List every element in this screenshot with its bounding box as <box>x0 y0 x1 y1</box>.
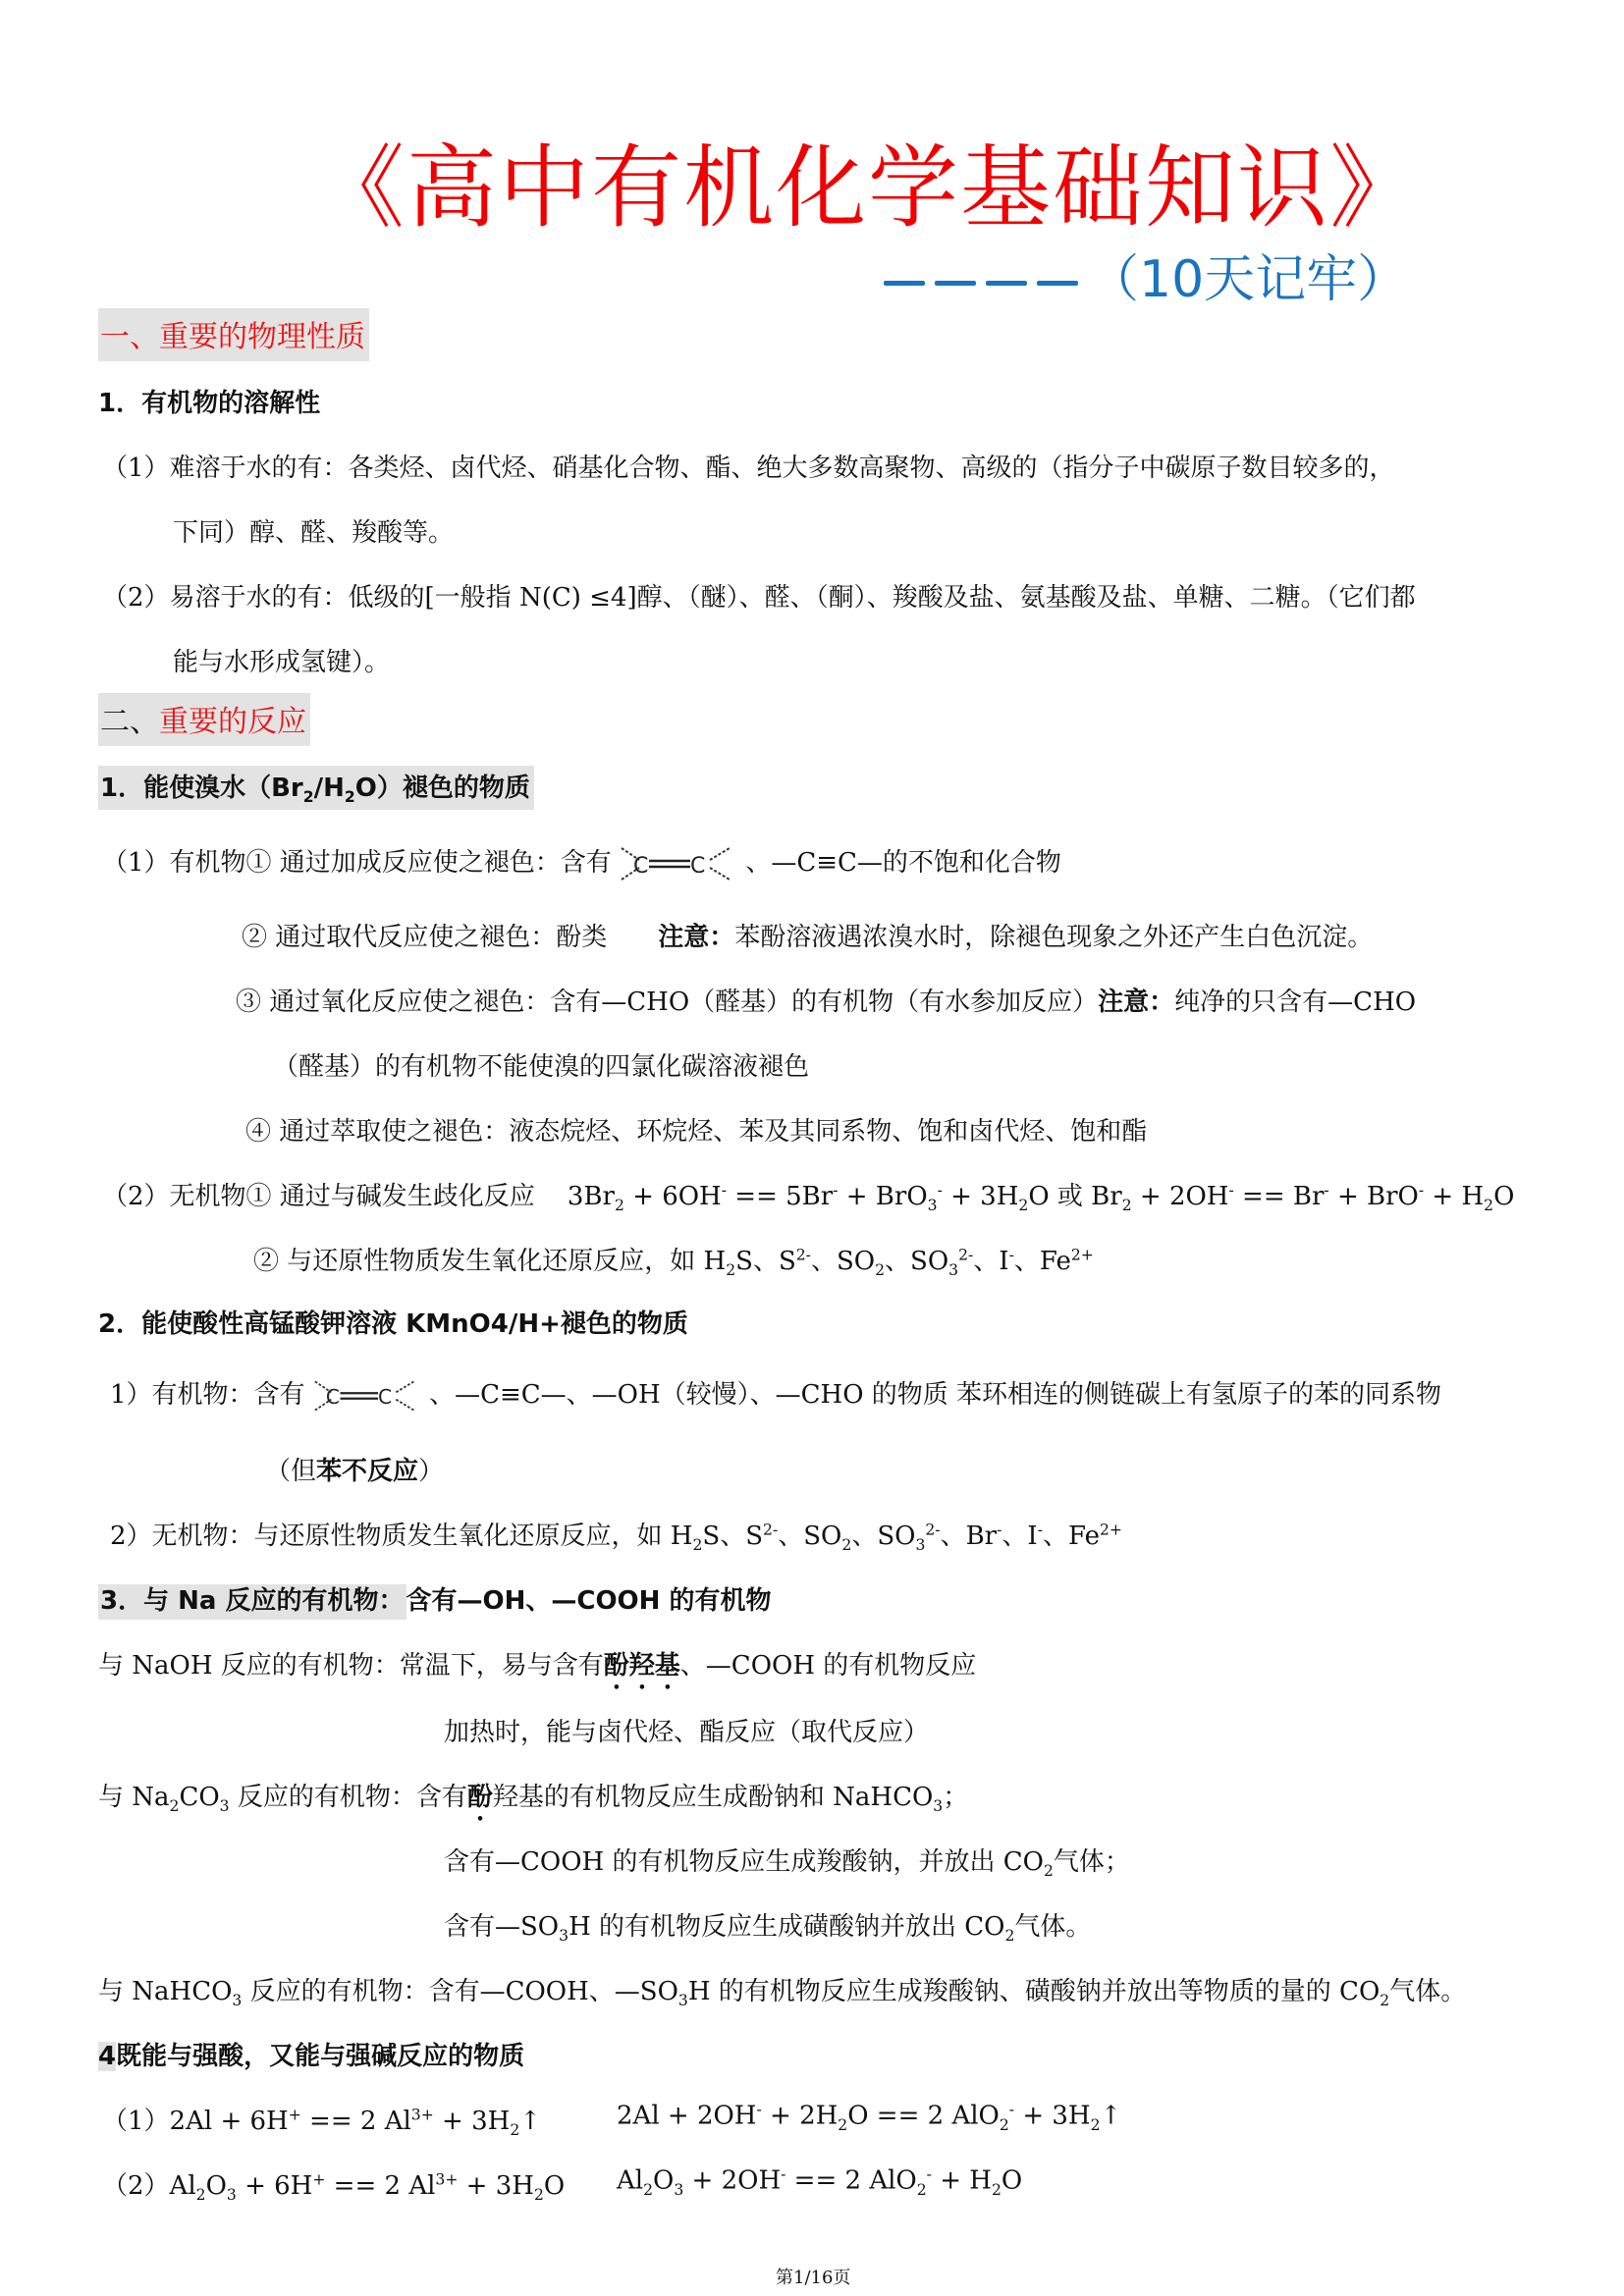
text: H 的有机物反应生成羧酸钠、磺酸钠并放出等物质的量的 CO <box>688 1977 1380 2006</box>
text: （2）无机物① 通过与碱发生歧化反应 <box>102 1182 535 1211</box>
text: ） <box>418 1457 444 1486</box>
dash-decoration <box>1037 281 1078 286</box>
heading-text: O）褪色的物质 <box>355 774 530 803</box>
note-label: 注意： <box>1098 988 1174 1017</box>
heading-text: 1．能使溴水（Br <box>100 774 303 803</box>
text: ② 与还原性物质发生氧化还原反应，如 <box>253 1247 695 1276</box>
text: （但 <box>265 1457 316 1486</box>
subheading-solubility: 1．有机物的溶解性 <box>98 383 320 419</box>
text: 气体。 <box>1014 1912 1091 1942</box>
text: 与 NaHCO <box>98 1977 232 2006</box>
bromine-inorganic-2: ② 与还原性物质发生氧化还原反应，如 H2S、S2-、SO2、SO32-、I-、… <box>253 1241 1094 1279</box>
alkene-double-bond-icon: C C <box>620 844 737 883</box>
subheading-sodium: 3．与 Na 反应的有机物：含有—OH、—COOH 的有机物 <box>98 1580 771 1617</box>
solubility-item-1-cont: 下同）醇、醛、羧酸等。 <box>173 512 454 549</box>
naoh-reaction: 与 NaOH 反应的有机物：常温下，易与含有酚羟基、—COOH 的有机物反应 <box>98 1645 976 1695</box>
dash-decoration <box>935 281 976 286</box>
text: CO <box>179 1783 219 1812</box>
subheading-permanganate: 2．能使酸性高锰酸钾溶液 KMnO4/H+褪色的物质 <box>98 1304 688 1340</box>
page-number: 第1/16页 <box>776 2264 850 2289</box>
section-heading-physical-properties: 一、重要的物理性质 <box>98 308 369 361</box>
document-title: 《高中有机化学基础知识》 <box>314 116 1422 245</box>
text: 苯不反应 <box>316 1457 418 1486</box>
bromine-organic-1: （1）有机物① 通过加成反应使之褪色：含有 C C 、—C≡C—的不饱和化合物 <box>102 842 1061 883</box>
note-label: 注意： <box>658 923 734 952</box>
permanganate-inorganic: 2）无机物：与还原性物质发生氧化还原反应，如 H2S、S2-、SO2、SO32-… <box>110 1516 1122 1554</box>
subheading-bromine-water: 1．能使溴水（Br2/H2O）褪色的物质 <box>98 766 534 810</box>
heading-number: 4 <box>98 2042 116 2071</box>
svg-text:C: C <box>326 1385 340 1409</box>
text: 反应的有机物：含有 <box>230 1783 467 1812</box>
text: 气体； <box>1054 1847 1130 1877</box>
bromine-organic-3-cont: （醛基）的有机物不能使溴的四氯化碳溶液褪色 <box>273 1046 809 1083</box>
text: 苯酚溶液遇浓溴水时，除褪色现象之外还产生白色沉淀。 <box>734 923 1373 952</box>
section-heading-reactions: 二、重要的反应 <box>98 693 310 746</box>
heading-text: /H <box>314 774 345 803</box>
section-number: 一、 <box>100 320 159 354</box>
amphoteric-eq-1: （1）2Al + 6H+ == 2 Al3+ + 3H2↑ <box>102 2101 541 2139</box>
bromine-organic-2: ② 通过取代反应使之褪色：酚类 注意：苯酚溶液遇浓溴水时，除褪色现象之外还产生白… <box>242 917 1373 953</box>
text: ③ 通过氧化反应使之褪色：含有—CHO（醛基）的有机物（有水参加反应） <box>236 988 1098 1017</box>
solubility-item-1: （1）难溶于水的有：各类烃、卤代烃、硝基化合物、酯、绝大多数高聚物、高级的（指分… <box>102 448 1395 484</box>
text: ② 通过取代反应使之褪色：酚类 <box>242 923 607 952</box>
svg-text:C: C <box>633 854 648 879</box>
label: （2） <box>102 2171 170 2201</box>
bromine-organic-3: ③ 通过氧化反应使之褪色：含有—CHO（醛基）的有机物（有水参加反应）注意：纯净… <box>236 982 1416 1018</box>
subheading-amphoteric: 4既能与强酸，又能与强碱反应的物质 <box>98 2036 524 2072</box>
amphoteric-eq-2: （2）Al2O3 + 6H+ == 2 Al3+ + 3H2O <box>102 2165 565 2204</box>
heading-text: 含有—OH、—COOH 的有机物 <box>406 1586 772 1616</box>
emphasis-text: 酚羟基 <box>604 1651 680 1681</box>
text: 、—COOH 的有机物反应 <box>680 1651 976 1681</box>
document-subtitle: （10天记牢） <box>884 238 1408 311</box>
bromine-organic-4: ④ 通过萃取使之褪色：液态烷烃、环烷烃、苯及其同系物、饱和卤代烃、饱和酯 <box>245 1111 1147 1148</box>
text: 反应的有机物：含有—COOH、—SO <box>242 1977 678 2006</box>
emphasis-text: 酚 <box>467 1783 493 1812</box>
svg-text:C: C <box>378 1385 392 1409</box>
text: 、—C≡C—的不饱和化合物 <box>745 848 1061 878</box>
text: H 的有机物反应生成磺酸钠并放出 CO <box>568 1912 1004 1942</box>
text: （1）有机物① 通过加成反应使之褪色：含有 <box>102 848 612 878</box>
text: 2）无机物：与还原性物质发生氧化还原反应，如 <box>110 1522 663 1551</box>
permanganate-organic-note: （但苯不反应） <box>265 1451 444 1487</box>
na2co3-reaction: 与 Na2CO3 反应的有机物：含有酚羟基的有机物反应生成酚钠和 NaHCO3； <box>98 1777 968 1827</box>
section-number: 二、 <box>100 705 159 739</box>
naoh-heating: 加热时，能与卤代烃、酯反应（取代反应） <box>444 1712 929 1748</box>
text: 与 NaOH 反应的有机物：常温下，易与含有 <box>98 1651 604 1681</box>
subtitle-text: （10天记牢） <box>1088 250 1408 309</box>
text: 1）有机物：含有 <box>110 1380 305 1410</box>
na2co3-cooh: 含有—COOH 的有机物反应生成羧酸钠，并放出 CO2气体； <box>444 1842 1130 1880</box>
dash-decoration <box>884 281 925 286</box>
text: 纯净的只含有—CHO <box>1174 988 1416 1017</box>
text: 含有—SO <box>444 1912 559 1942</box>
section-title: 重要的反应 <box>159 705 306 739</box>
na2co3-so3h: 含有—SO3H 的有机物反应生成磺酸钠并放出 CO2气体。 <box>444 1906 1091 1945</box>
text: 气体。 <box>1389 1977 1466 2006</box>
solubility-item-2-cont: 能与水形成氢键）。 <box>173 642 390 678</box>
alkene-double-bond-icon: C C <box>313 1376 421 1415</box>
text: ； <box>943 1783 968 1812</box>
svg-text:C: C <box>690 854 705 879</box>
solubility-item-2: （2）易溶于水的有：低级的[一般指 N(C) ≤4]醇、（醚）、醛、（酮）、羧酸… <box>102 577 1416 614</box>
amphoteric-eq-1b: 2Al + 2OH- + 2H2O == 2 AlO2- + 3H2↑ <box>617 2101 1121 2134</box>
amphoteric-eq-2b: Al2O3 + 2OH- == 2 AlO2- + H2O <box>617 2165 1022 2199</box>
heading-text: 既能与强酸，又能与强碱反应的物质 <box>116 2042 524 2071</box>
permanganate-organic: 1）有机物：含有 C C 、—C≡C—、—OH（较慢）、—CHO 的物质 苯环相… <box>110 1374 1441 1415</box>
label: （1） <box>102 2107 170 2136</box>
heading-text: 3．与 Na 反应的有机物： <box>98 1584 406 1620</box>
text: 、—C≡C—、—OH（较慢）、—CHO 的物质 苯环相连的侧链碳上有氢原子的苯的… <box>429 1380 1441 1410</box>
disproportionation-equation: 3Br2 + 6OH- == 5Br- + BrO3- + 3H2O 或 Br2… <box>568 1182 1515 1211</box>
text: 与 Na <box>98 1783 170 1812</box>
section-title: 重要的物理性质 <box>159 320 365 354</box>
text: 含有—COOH 的有机物反应生成羧酸钠，并放出 CO <box>444 1847 1044 1877</box>
bromine-inorganic-1: （2）无机物① 通过与碱发生歧化反应 3Br2 + 6OH- == 5Br- +… <box>102 1176 1514 1214</box>
nahco3-reaction: 与 NaHCO3 反应的有机物：含有—COOH、—SO3H 的有机物反应生成羧酸… <box>98 1971 1466 2009</box>
text: 羟基的有机物反应生成酚钠和 NaHCO <box>493 1783 933 1812</box>
dash-decoration <box>986 281 1027 286</box>
